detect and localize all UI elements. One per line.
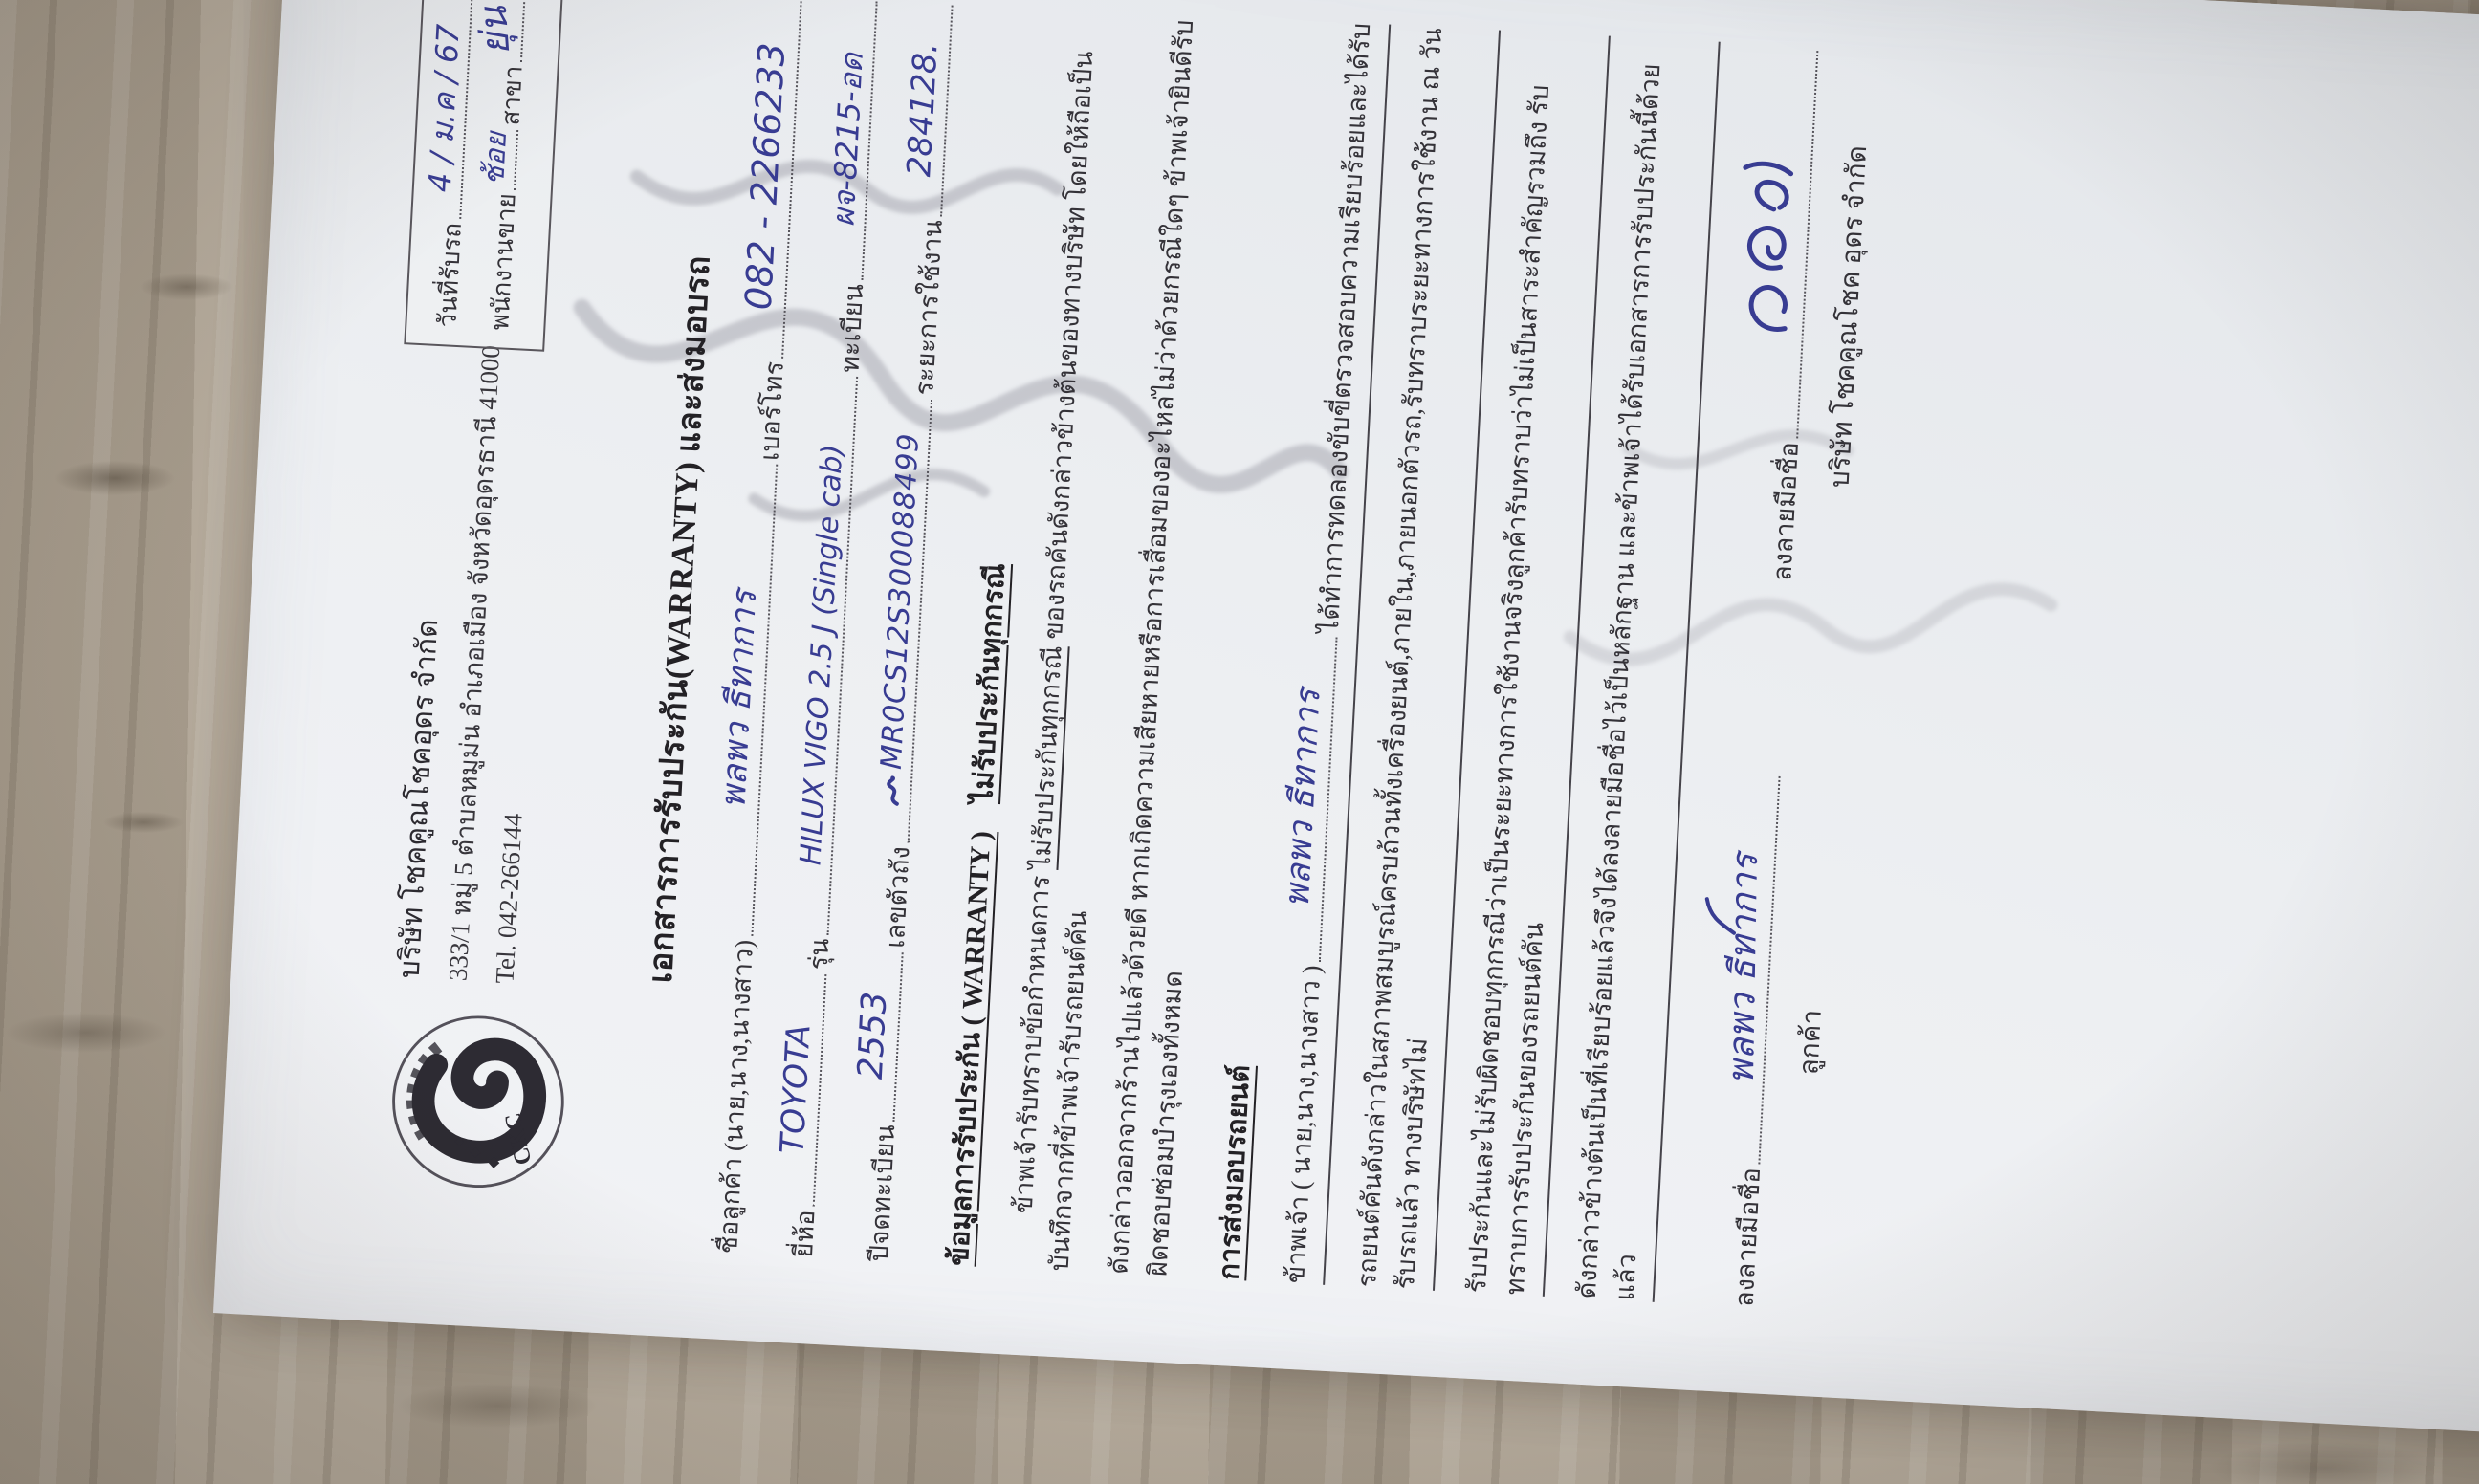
warranty-para-underlined: ไม่รับประกันทุกกรณี bbox=[1027, 645, 1067, 870]
chassis-value-wrap: MR0CS12S300088499 bbox=[867, 398, 932, 843]
customer-signature-value: พลพว ธีทาการ bbox=[1713, 775, 1774, 1164]
chassis-label: เลขตัวถัง bbox=[876, 845, 920, 949]
customer-signature-block: ลงลายมือชื่อ พลพว ธีทาการ ลูกค้า bbox=[1722, 771, 1845, 1310]
branch-field: ยุ่น bbox=[494, 1, 526, 62]
warranty-document: CKC บริษัท โชคคูณโชคอุดร จำกัด 333/1 หมู… bbox=[213, 0, 2479, 1439]
delivery-name-field: พลพว ธีทาการ bbox=[1290, 636, 1337, 962]
plate-field: ผจ-8215-อด bbox=[833, 0, 878, 280]
customer-name-field: พลพว ธีทาการ bbox=[722, 464, 777, 937]
customer-name-label: ชื่อลูกค้า (นาย,นาง,นางสาว) bbox=[709, 939, 764, 1255]
mileage-field: 284128. bbox=[911, 4, 953, 216]
chassis-value: MR0CS12S300088499 bbox=[875, 432, 926, 771]
company-logo-icon: CKC bbox=[383, 1006, 574, 1197]
plate-value: ผจ-8215-อด bbox=[817, 0, 877, 280]
brand-label: ยี่ห้อ bbox=[784, 1209, 825, 1258]
model-value: HILUX VIGO 2.5 J (Single cab) bbox=[786, 375, 859, 935]
delivery-line1-rest: ได้ทำการทดลองขับขี่ตรวจสอบความเรียบร้อยแ… bbox=[1310, 22, 1381, 634]
delivery-name-label: ข้าพเจ้า ( นาย,นาง,นางสาว ) bbox=[1276, 964, 1331, 1284]
customer-name-value: พลพว ธีทาการ bbox=[701, 462, 778, 936]
model-field: HILUX VIGO 2.5 J (Single cab) bbox=[799, 376, 858, 935]
plate-label: ทะเบียน bbox=[830, 283, 873, 374]
customer-signature-label: ลงลายมือชื่อ bbox=[1725, 1167, 1771, 1308]
company-signature-scribble-icon bbox=[1724, 120, 1818, 353]
warranty-heading-right: ไม่รับประกันทุกกรณี bbox=[968, 562, 1011, 804]
date-received-label: วันที่รับรถ bbox=[428, 222, 472, 329]
pen-scribble-icon bbox=[881, 775, 906, 808]
company-signature-label: ลงลายมือชื่อ bbox=[1764, 441, 1810, 582]
warranty-heading-left: ข้อมูลการรับประกัน ( WARRANTY ) bbox=[943, 830, 997, 1266]
warranty-para-pre: ข้าพเจ้ารับทราบข้อกำหนดการ bbox=[1009, 868, 1056, 1214]
reg-year-value: 2553 bbox=[844, 949, 904, 1121]
sales-staff-label: พนักงานขาย bbox=[481, 192, 525, 331]
brand-value: TOYOTA bbox=[766, 971, 827, 1207]
date-received-value: 4 / ม.ค / 67 bbox=[415, 0, 472, 219]
sales-staff-value: ช้อย bbox=[472, 127, 518, 189]
sales-staff-field: ช้อย bbox=[487, 128, 519, 189]
customer-signature-field: พลพว ธีทาการ bbox=[1730, 775, 1781, 1164]
model-label: รุ่น bbox=[800, 937, 840, 971]
document-content: CKC บริษัท โชคคูณโชคอุดร จำกัด 333/1 หมู… bbox=[213, 0, 2479, 1439]
reg-year-label: ปีจดทะเบียน bbox=[860, 1124, 906, 1262]
signature-row: ลงลายมือชื่อ พลพว ธีทาการ ลูกค้า ลงลายมื… bbox=[1722, 45, 1883, 1310]
phone-label: เบอร์โทร bbox=[750, 360, 794, 462]
phone-value: 082 - 2266233 bbox=[729, 0, 802, 358]
company-signature-block: ลงลายมือชื่อ บริษัท โชคคูณโชค อุดร จำกัด bbox=[1761, 45, 1883, 584]
branch-value: ยุ่น bbox=[465, 0, 526, 63]
document-header: CKC บริษัท โชคคูณโชคอุดร จำกัด 333/1 หมู… bbox=[352, 0, 657, 1247]
photo-scene: CKC บริษัท โชคคูณโชคอุดร จำกัด 333/1 หมู… bbox=[0, 0, 2479, 1484]
stamp-staff-row: พนักงานขาย ช้อย สาขา ยุ่น bbox=[479, 0, 537, 331]
company-signature-field bbox=[1768, 49, 1819, 438]
pen-flourish-icon bbox=[1700, 884, 1741, 943]
phone-field: 082 - 2266233 bbox=[753, 0, 801, 358]
brand-field: TOYOTA bbox=[784, 972, 826, 1207]
receive-date-stamp-box: วันที่รับรถ 4 / ม.ค / 67 พนักงานขาย ช้อย… bbox=[404, 0, 563, 352]
mileage-value: 284128. bbox=[893, 3, 954, 217]
mileage-label: ระยะการใช้งาน bbox=[905, 219, 953, 397]
branch-label: สาขา bbox=[493, 65, 533, 127]
chassis-field: MR0CS12S300088499 bbox=[879, 398, 932, 842]
reg-year-field: 2553 bbox=[865, 950, 904, 1121]
